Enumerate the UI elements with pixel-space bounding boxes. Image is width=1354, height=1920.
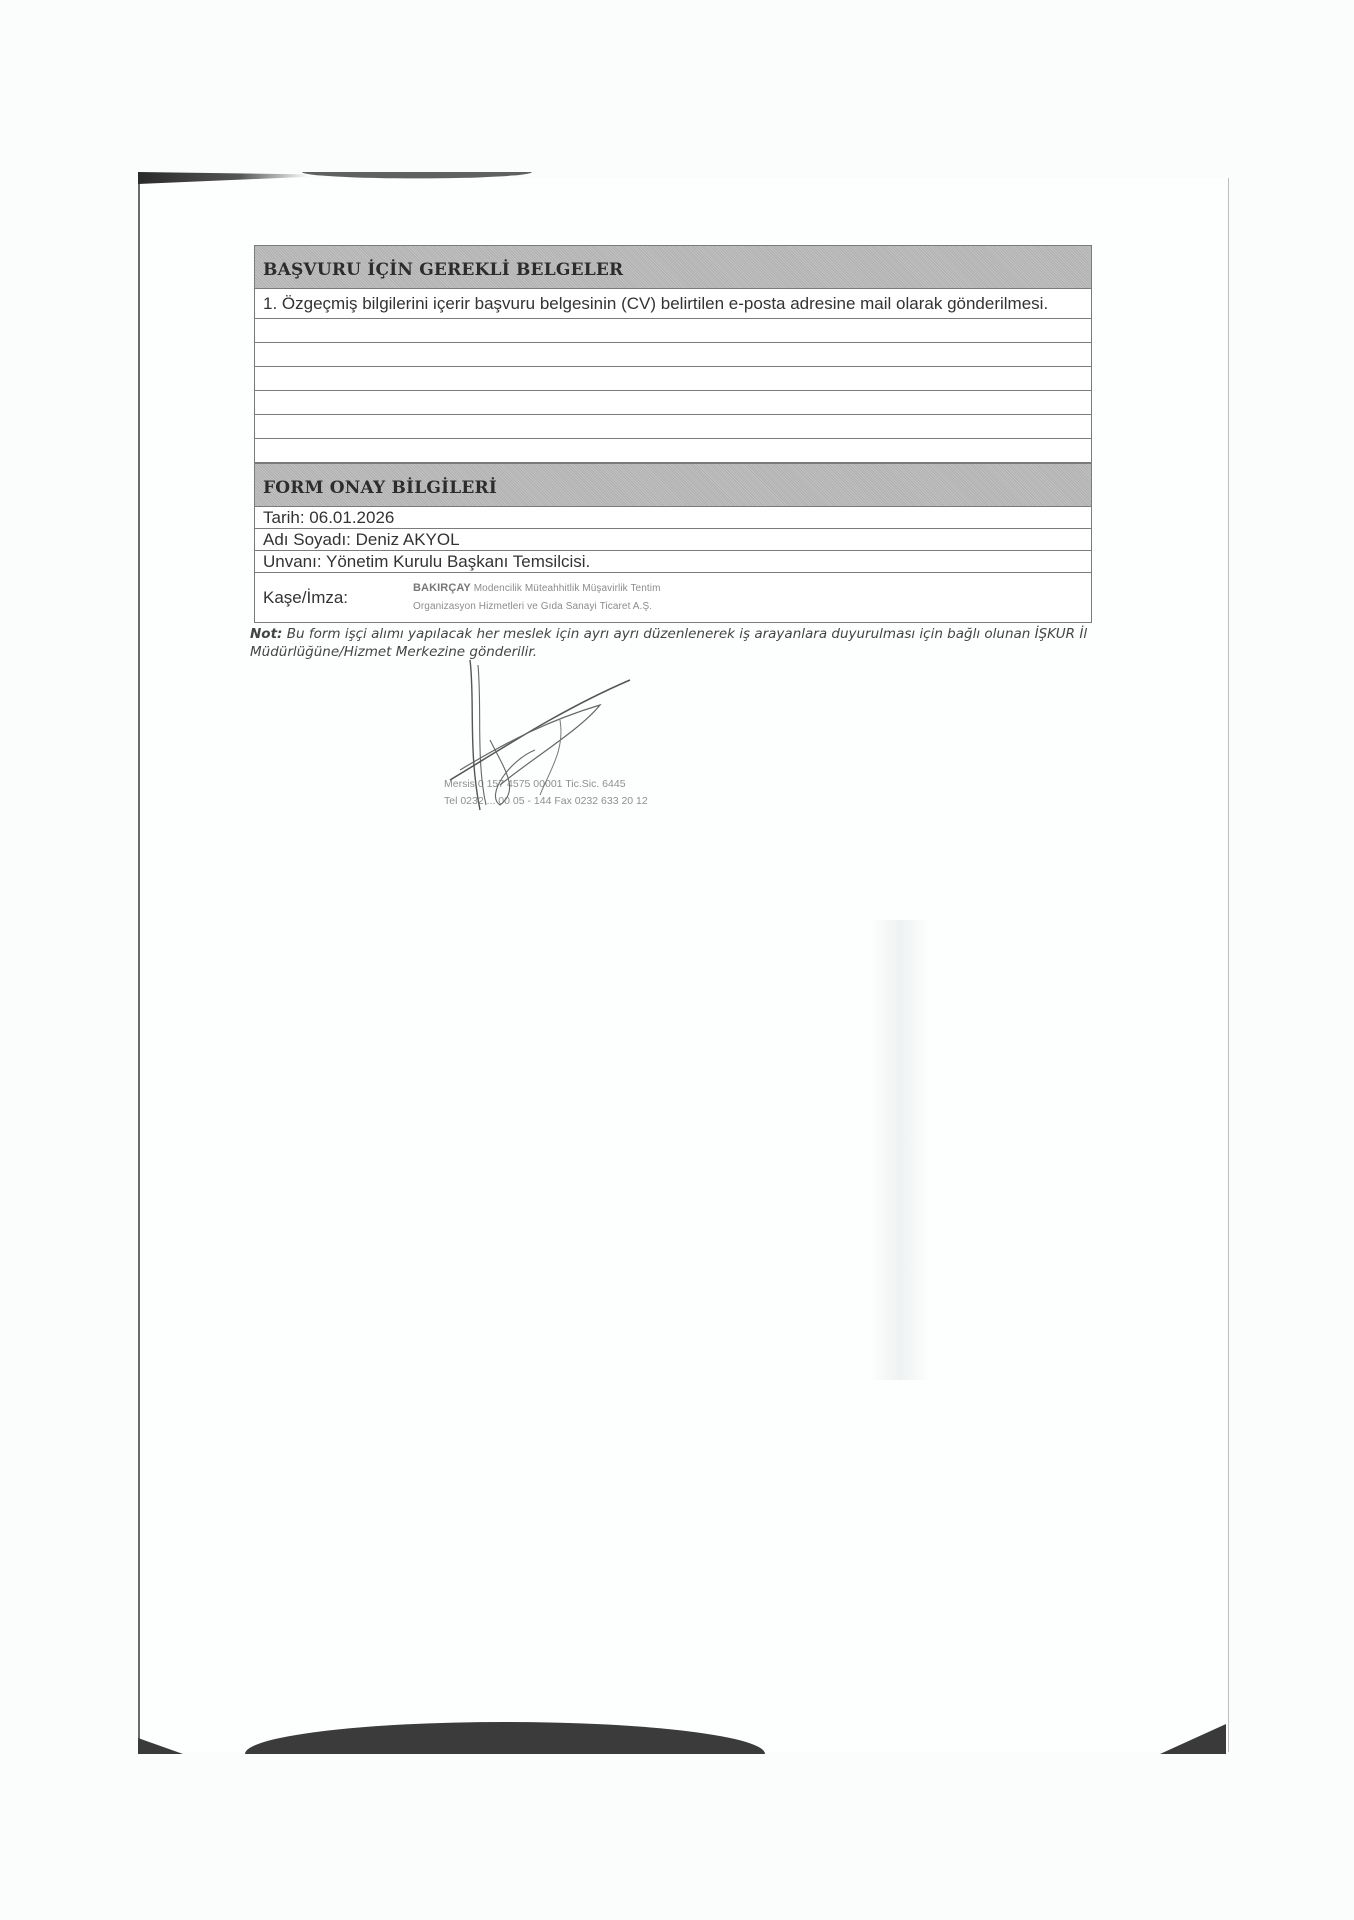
- approval-header: FORM ONAY BİLGİLERİ: [254, 463, 1092, 507]
- company-stamp: BAKIRÇAY Modencilik Müteahhitlik Müşavir…: [413, 579, 661, 616]
- blank-row: [254, 391, 1092, 415]
- stamp-contact-lines: Mersis 0 157 4575 00001 Tic.Sic. 6445 Te…: [444, 776, 648, 810]
- note-text: Bu form işçi alımı yapılacak her meslek …: [250, 626, 1087, 660]
- name-field: Adı Soyadı: Deniz AKYOL: [254, 529, 1092, 551]
- approval-section: FORM ONAY BİLGİLERİ Tarih: 06.01.2026 Ad…: [254, 463, 1092, 623]
- scan-smudge: [870, 920, 930, 1380]
- stamp-brand: BAKIRÇAY: [413, 582, 471, 594]
- blank-row: [254, 415, 1092, 439]
- blank-row: [254, 319, 1092, 343]
- stamp-line-2: Organizasyon Hizmetleri ve Gıda Sanayi T…: [413, 598, 661, 616]
- required-document-item: 1. Özgeçmiş bilgilerini içerir başvuru b…: [254, 289, 1092, 319]
- note-label: Not:: [250, 626, 282, 642]
- date-field: Tarih: 06.01.2026: [254, 507, 1092, 529]
- stamp-line-4: Tel 0232 ... 00 05 - 144 Fax 0232 633 20…: [444, 793, 648, 810]
- stamp-line-3: Mersis 0 157 4575 00001 Tic.Sic. 6445: [444, 776, 648, 793]
- application-form: BAŞVURU İÇİN GEREKLİ BELGELER 1. Özgeçmi…: [254, 245, 1092, 661]
- blank-row: [254, 439, 1092, 463]
- required-documents-header: BAŞVURU İÇİN GEREKLİ BELGELER: [254, 245, 1092, 289]
- stamp-signature-label: Kaşe/İmza:: [263, 588, 348, 608]
- stamp-line-1: Modencilik Müteahhitlik Müşavirlik Tenti…: [471, 583, 661, 594]
- form-note: Not: Bu form işçi alımı yapılacak her me…: [250, 625, 1110, 661]
- blank-row: [254, 343, 1092, 367]
- stamp-signature-row: Kaşe/İmza: BAKIRÇAY Modencilik Müteahhit…: [254, 573, 1092, 623]
- title-field: Unvanı: Yönetim Kurulu Başkanı Temsilcis…: [254, 551, 1092, 573]
- blank-row: [254, 367, 1092, 391]
